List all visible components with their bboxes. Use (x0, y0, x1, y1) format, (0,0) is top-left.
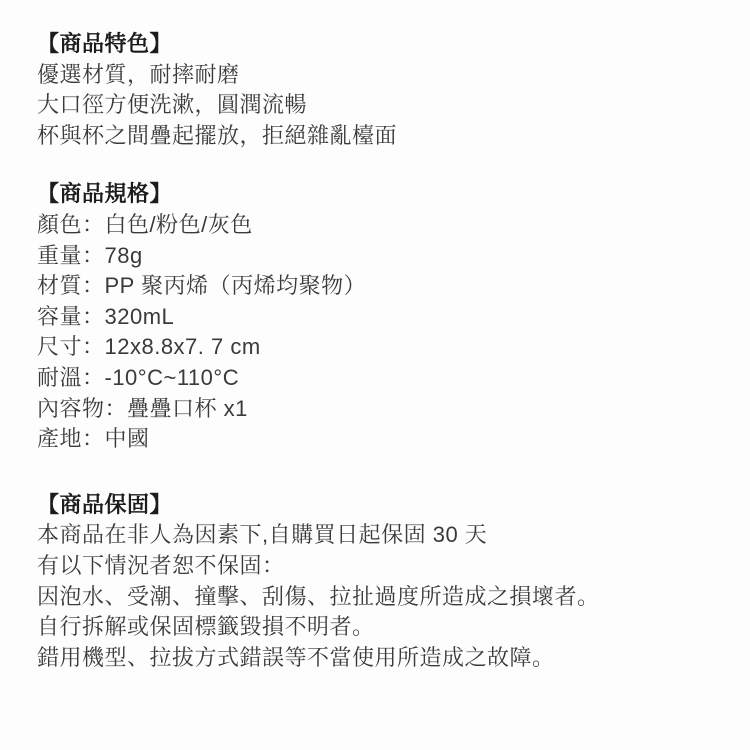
warranty-line: 本商品在非人為因素下,自購買日起保固 30 天 (37, 520, 720, 551)
spec-line-origin: 產地：中國 (37, 424, 720, 455)
spec-line-material: 材質：PP 聚丙烯（丙烯均聚物） (37, 271, 720, 302)
warranty-line: 自行拆解或保固標籤毀損不明者。 (37, 612, 720, 643)
spec-line-weight: 重量：78g (37, 241, 720, 272)
feature-line: 杯與杯之間疊起擺放，拒絕雜亂檯面 (37, 121, 720, 152)
spec-line-capacity: 容量：320mL (37, 302, 720, 333)
warranty-line: 因泡水、受潮、撞擊、刮傷、拉扯過度所造成之損壞者。 (37, 582, 720, 613)
section-product-specs: 【商品規格】 顏色：白色/粉色/灰色 重量：78g 材質：PP 聚丙烯（丙烯均聚… (37, 179, 720, 454)
spec-line-contents: 內容物：疊疊口杯 x1 (37, 394, 720, 425)
product-features-heading: 【商品特色】 (37, 29, 720, 60)
warranty-line: 錯用機型、拉拔方式錯誤等不當使用所造成之故障。 (37, 643, 720, 674)
feature-line: 大口徑方便洗漱，圓潤流暢 (37, 90, 720, 121)
product-description-page: 【商品特色】 優選材質，耐摔耐磨 大口徑方便洗漱，圓潤流暢 杯與杯之間疊起擺放，… (0, 0, 750, 750)
spec-line-temperature: 耐溫：-10°C~110°C (37, 363, 720, 394)
warranty-line: 有以下情況者恕不保固： (37, 551, 720, 582)
section-product-features: 【商品特色】 優選材質，耐摔耐磨 大口徑方便洗漱，圓潤流暢 杯與杯之間疊起擺放，… (37, 29, 720, 151)
product-specs-heading: 【商品規格】 (37, 179, 720, 210)
product-warranty-heading: 【商品保固】 (37, 490, 720, 521)
section-product-warranty: 【商品保固】 本商品在非人為因素下,自購買日起保固 30 天 有以下情況者恕不保… (37, 490, 720, 674)
feature-line: 優選材質，耐摔耐磨 (37, 60, 720, 91)
spec-line-dimensions: 尺寸：12x8.8x7. 7 cm (37, 332, 720, 363)
spec-line-color: 顏色：白色/粉色/灰色 (37, 210, 720, 241)
